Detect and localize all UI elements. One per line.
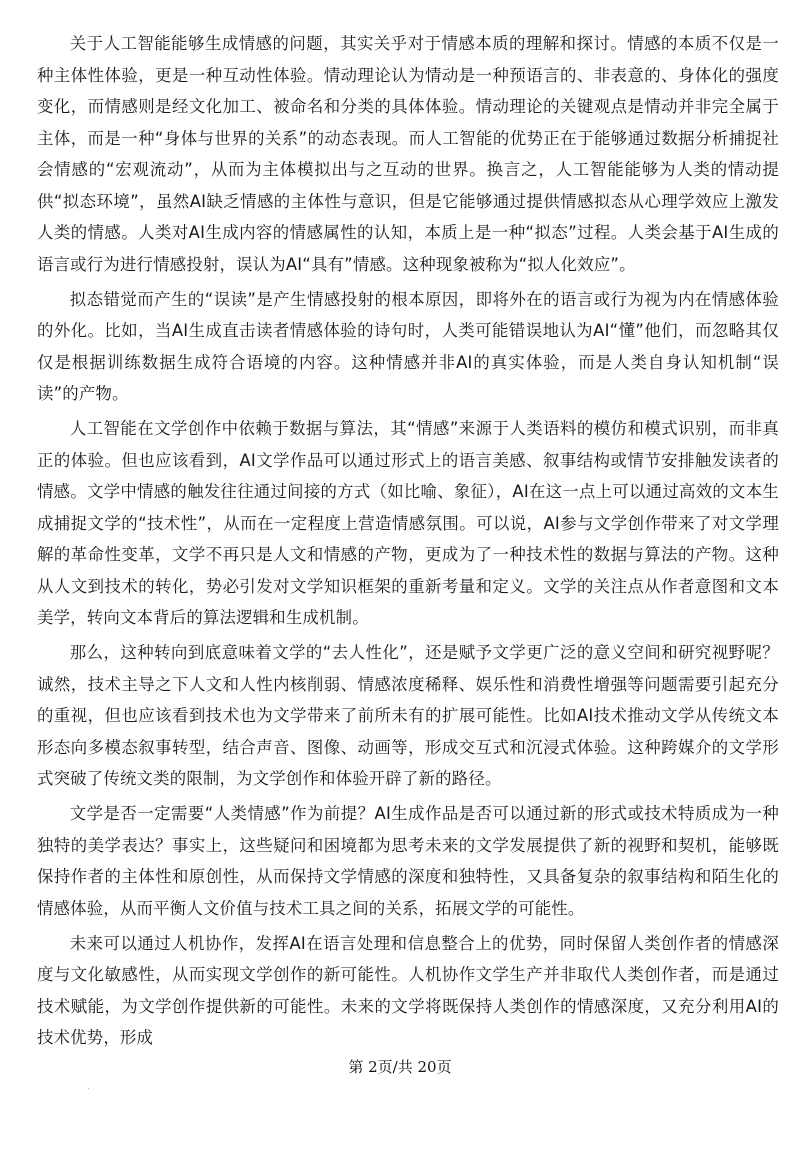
paragraph-1: 关于人工智能能够生成情感的问题，其实关乎对于情感本质的理解和探讨。情感的本质不仅… xyxy=(37,28,779,280)
document-body: 关于人工智能能够生成情感的问题，其实关乎对于情感本质的理解和探讨。情感的本质不仅… xyxy=(37,28,779,1054)
page-number: 第 2页/共 20页 xyxy=(0,1056,800,1077)
paragraph-6: 未来可以通过人机协作，发挥AI在语言处理和信息整合上的优势，同时保留人类创作者的… xyxy=(37,928,779,1054)
scan-speck xyxy=(88,1088,89,1089)
paragraph-4: 那么，这种转向到底意味着文学的“去人性化”，还是赋予文学更广泛的意义空间和研究视… xyxy=(37,637,779,795)
paragraph-3: 人工智能在文学创作中依赖于数据与算法，其“情感”来源于人类语料的模仿和模式识别，… xyxy=(37,413,779,634)
paragraph-5: 文学是否一定需要“人类情感”作为前提？AI生成作品是否可以通过新的形式或技术特质… xyxy=(37,798,779,924)
paragraph-2: 拟态错觉而产生的“误读”是产生情感投射的根本原因，即将外在的语言或行为视为内在情… xyxy=(37,284,779,410)
